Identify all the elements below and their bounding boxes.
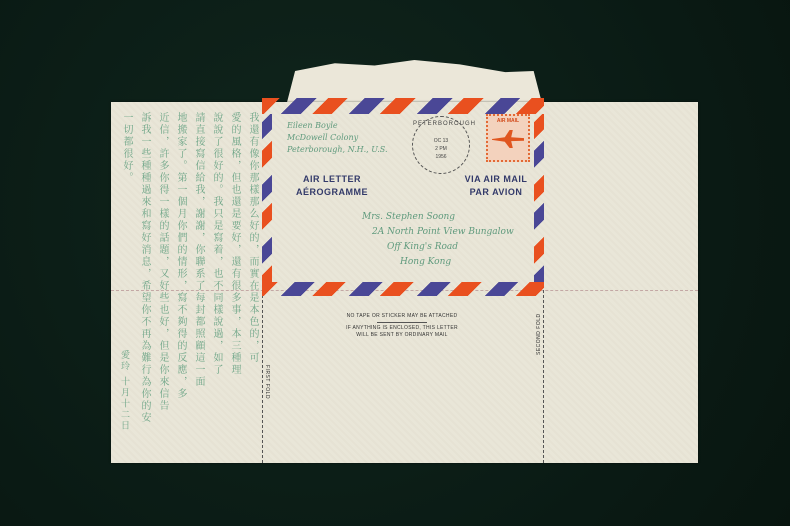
second-fold-line	[543, 290, 544, 463]
letter-column: 訴我一些種種過來和寫好消息，希望你不再為難行為你的安	[137, 112, 151, 457]
letter-signoff: 愛玲 十月十二日	[119, 350, 132, 432]
letter-column: 愛的風格，但也還是要好，還有很多事，本三種理	[227, 112, 241, 457]
sender-line: Peterborough, N.H., U.S.	[287, 144, 388, 156]
sender-address: Eileen Boyle McDowell Colony Peterboroug…	[287, 120, 388, 156]
notice-line: WILL BE SENT BY ORDINARY MAIL	[322, 332, 482, 339]
recipient-line: 2A North Point View Bungalow	[362, 225, 514, 240]
airmail-stripe-top	[262, 98, 544, 114]
second-fold-label: SECOND FOLD	[536, 313, 542, 355]
recipient-line: Off King's Road	[362, 240, 514, 255]
recipient-line: Hong Kong	[362, 255, 514, 270]
handwritten-letter: 我還有像你那樣那么好的，而實在是本色的，可 愛的風格，但也還是要好，還有很多事，…	[116, 112, 259, 457]
par-avion-label: PAR AVION	[460, 186, 532, 199]
postmark-line: OC 13	[413, 137, 469, 145]
airmail-stripe-left	[262, 114, 272, 282]
notice-divider	[377, 322, 427, 323]
postmark-icon: PETERBOROUGH OC 13 2 PM 1956	[412, 116, 470, 174]
via-air-mail-title: VIA AIR MAIL PAR AVION	[460, 173, 532, 199]
postmark-line: 1956	[413, 153, 469, 161]
recipient-address: Mrs. Stephen Soong 2A North Point View B…	[362, 210, 514, 270]
first-fold-line	[262, 290, 263, 463]
recipient-name: Mrs. Stephen Soong	[362, 210, 514, 225]
stamp-label: AIR MAIL	[488, 118, 528, 124]
notice-line: IF ANYTHING IS ENCLOSED, THIS LETTER	[322, 325, 482, 332]
airplane-icon	[492, 130, 524, 148]
letter-column: 地搬家了。第一個月你們的情形，寫不夠得的反應，多	[173, 112, 187, 457]
air-letter-title: AIR LETTER AÉROGRAMME	[282, 173, 382, 199]
postmark-town: PETERBOROUGH	[413, 121, 469, 127]
postmark-date: OC 13 2 PM 1956	[413, 137, 469, 161]
postmark-line: 2 PM	[413, 145, 469, 153]
air-letter-label: AIR LETTER	[282, 173, 382, 186]
airmail-stripe-right	[534, 114, 544, 282]
letter-column: 說說了很好的。我只是寫着，也不同樣說過，如了	[209, 112, 223, 457]
airmail-stripe-bottom	[262, 282, 544, 296]
notice-line: NO TAPE OR STICKER MAY BE ATTACHED	[322, 313, 482, 320]
letter-column: 近信，許多你得一樣的話題，又好些也好，但是你來信告	[155, 112, 169, 457]
airmail-stamp: AIR MAIL	[486, 114, 530, 162]
letter-column: 我還有像你那樣那么好的，而實在是本色的，可	[245, 112, 259, 457]
sender-line: McDowell Colony	[287, 132, 388, 144]
address-panel: Eileen Boyle McDowell Colony Peterboroug…	[262, 98, 544, 296]
first-fold-label: FIRST FOLD	[264, 365, 270, 399]
letter-column: 請直接寫信給我，謝謝，你聯系了每封都照顧這一面	[191, 112, 205, 457]
aerogramme-label: AÉROGRAMME	[282, 186, 382, 199]
via-air-mail-label: VIA AIR MAIL	[460, 173, 532, 186]
mail-notice: NO TAPE OR STICKER MAY BE ATTACHED IF AN…	[322, 313, 482, 339]
sender-name: Eileen Boyle	[287, 120, 388, 132]
